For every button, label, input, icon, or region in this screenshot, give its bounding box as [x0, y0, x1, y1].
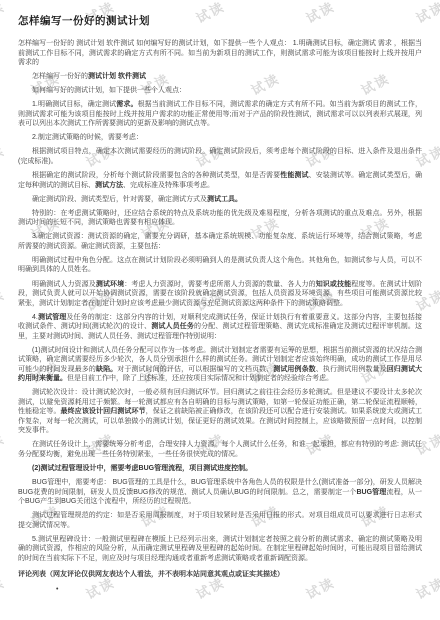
paragraph: 如何编写好的测试计划，如下提供一些个人观点：	[18, 86, 422, 96]
paragraph: 测试过程管理规范的约定：如是否采用周报制度，对于项目较紧时是否采用日报的形式。对…	[18, 511, 422, 530]
paragraph: (2)测试过程管理设计中，需要考虑BUG管理流程，项目测试进度控制。	[18, 464, 422, 474]
paragraph: 根据确定的测试阶段，分析每个测试阶段需要包含的各种测试类型，如是否需要性能测试、…	[18, 171, 422, 190]
comment-list-item: •	[56, 585, 422, 594]
paragraph: 在测试任务设计上，需要统筹分析考虑，合理安排人力资源。每个人测试什么任务，和谁一…	[18, 440, 422, 459]
paragraph: BUG管理中，需要考虑： BUG管理的工具是什么，BUG管理系统中各角色人员的权…	[18, 478, 422, 507]
comments-header: 评论列表（网友评论仅供网友表达个人看法，并不表明本站同意其观点或证实其描述）	[18, 570, 422, 580]
comments-list: •	[56, 585, 422, 594]
paragraph: 5.测试里程碑设计：一般测试里程碑在模版上已经列示出来，测试计划制定者按照之前分…	[18, 535, 422, 564]
paragraph: 根据测试项目特点，确定本次测试需要经历的测试阶段。确定测试阶段后，须考虑每个测试…	[18, 147, 422, 166]
paragraph: 确定测试阶段、测试类型后，针对需要，确定测试方式及测试工具。	[18, 195, 422, 205]
document-body: 怎样编写一份好的 测试计划 软件测试 如何编写好的测试计划，如下提供一些个人观点…	[18, 39, 422, 563]
paragraph: 2.制定测试策略的时候，需要考虑：	[18, 133, 422, 143]
paragraph: 测试轮次设计：设计测试轮次时，一般必须有回归测试环节。回归测试之前往往会经历多轮…	[18, 388, 422, 436]
paragraph: 明确测试过程中角色分配。这点在测试计划阶段必须明确到人的是测试负责人这个角色。其…	[18, 256, 422, 275]
document-content: 怎样编写一份好的测试计划 怎样编写一份好的 测试计划 软件测试 如何编写好的测试…	[0, 0, 440, 620]
paragraph: 明确测试人力资源及测试环境：考虑人力资源时，需要考虑所需人力资源的数量、各人力的…	[18, 280, 422, 309]
paragraph: 1.明确测试目标，确定测试需求。根据当前测试工作目标不同，测试需求的确定方式有所…	[18, 100, 422, 129]
paragraph: (1)测试时间设计和测试人员任务分配可以作为一体考虑。测试计划制定者需要有运筹的…	[18, 346, 422, 384]
paragraph: 4.测试管理及任务的制定：这部分内容的计划，对顺利完成测试任务，保证计划执行有着…	[18, 313, 422, 342]
paragraph: 怎样编写一份好的 测试计划 软件测试 如何编写好的测试计划，如下提供一些个人观点…	[18, 39, 422, 68]
paragraph: 特别的：在考虑测试策略时，还应结合系统的特点及系统功能的优先级及难易程度，分析各…	[18, 209, 422, 228]
document-page: 试读试读试读试读试读试读试读试读试读试读试读试读试读试读试读试读试读试读试读试读…	[0, 0, 440, 620]
page-title: 怎样编写一份好的测试计划	[18, 13, 422, 28]
paragraph: 3.确定测试资源：测试资源的确定，需要充分调研，基本确定系统规模、功能复杂度、系…	[18, 232, 422, 251]
paragraph: 怎样编写一份好的测试计划 软件测试	[18, 72, 422, 82]
